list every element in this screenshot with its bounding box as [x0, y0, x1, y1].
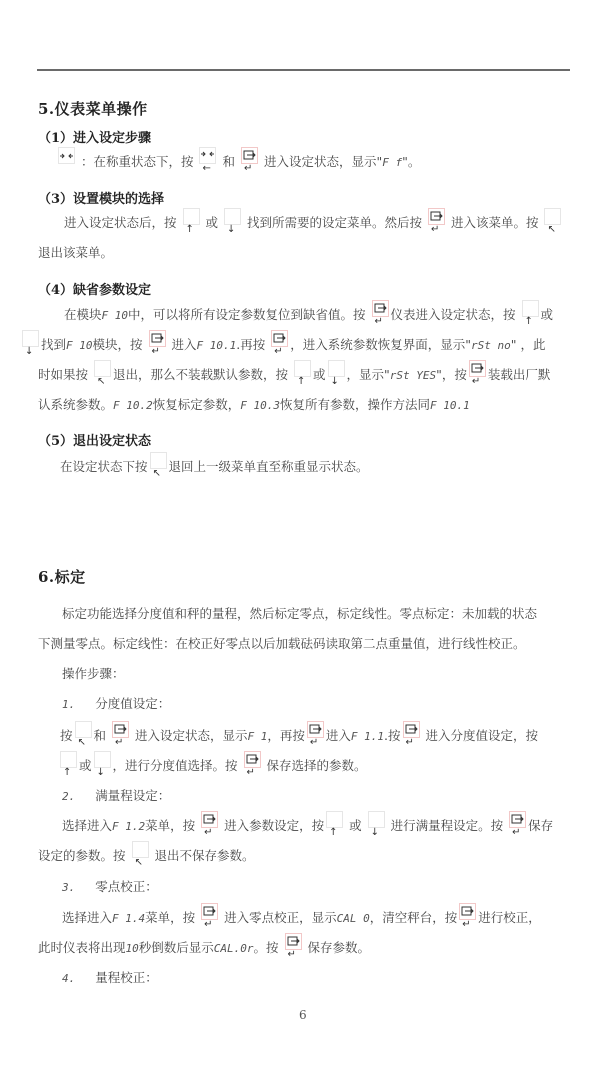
header-divider [37, 69, 570, 71]
subsection-1-title: （1）进入设定步骤 [38, 127, 151, 146]
down-key-icon: ↓ [94, 757, 111, 773]
enter-key-icon: ↵ [509, 817, 526, 833]
enter-key-icon: ↵ [241, 153, 258, 169]
subsection-4-line-4: 认系统参数。F 10.2恢复标定参数，F 10.3恢复所有参数，操作方法同F 1… [38, 395, 470, 416]
enter-key-icon: ↵ [372, 306, 389, 322]
step-4-heading: 4.量程校正： [62, 968, 158, 989]
enter-key-icon: ↵ [403, 727, 420, 743]
enter-key-icon: ↵ [428, 214, 445, 230]
enter-key-icon: ↵ [244, 757, 261, 773]
subsection-4-line-3: 时如果按 ↖退出，那么不装载默认参数，按 ↑或↓，显示"rSt YES"，按 ↵… [38, 365, 550, 386]
page-number: 6 [299, 1008, 307, 1022]
enter-key-icon: ↵ [201, 817, 218, 833]
up-key-icon: ↑ [326, 817, 343, 833]
down-key-icon: ↓ [368, 817, 385, 833]
enter-key-icon: ↵ [149, 336, 166, 352]
up-key-icon: ↑ [60, 757, 77, 773]
zero-key-icon [58, 153, 75, 169]
up-key-icon: ↑ [294, 366, 311, 382]
step-1-line-1: 按↖和 ↵ 进入设定状态，显示F 1，再按 ↵进入F 1.1.按 ↵ 进入分度值… [60, 726, 538, 747]
step-3-line-1: 选择进入F 1.4菜单，按 ↵ 进入零点校正，显示CAL 0，清空秤台，按 ↵进… [62, 908, 541, 929]
subsection-3-title: （3）设置模块的选择 [38, 188, 164, 207]
step-2-line-2: 设定的参数。按 ↖ 退出不保存参数。 [38, 846, 255, 866]
subsection-4-line-1: 在模块F 10中，可以将所有设定参数复位到缺省值。按 ↵仪表进入设定状态，按 ↑… [64, 305, 553, 326]
subsection-5-line: 在设定状态下按↖退回上一级菜单直至称重显示状态。 [60, 457, 369, 477]
zero-key-icon: ← [199, 153, 216, 169]
enter-key-icon: ↵ [112, 727, 129, 743]
step-2-line-1: 选择进入F 1.2菜单，按 ↵ 进入参数设定，按↑ 或 ↓ 进行满量程设定。按 … [62, 816, 553, 837]
up-key-icon: ↑ [183, 214, 200, 230]
back-key-icon: ↖ [75, 727, 92, 743]
enter-key-icon: ↵ [271, 336, 288, 352]
subsection-3-line-2: 退出该菜单。 [38, 243, 113, 263]
step-3-heading: 3.零点校正： [62, 877, 158, 898]
section-6-title: 6.标定 [38, 566, 86, 587]
enter-key-icon: ↵ [459, 909, 476, 925]
enter-key-icon: ↵ [201, 909, 218, 925]
subsection-4-title: （4）缺省参数设定 [38, 279, 151, 298]
section-6-paragraph-2: 下测量零点。标定线性：在校正好零点以后加载砝码读取第二点重量值，进行线性校正。 [38, 634, 526, 654]
subsection-5-title: （5）退出设定状态 [38, 430, 151, 449]
down-key-icon: ↓ [328, 366, 345, 382]
back-key-icon: ↖ [94, 366, 111, 382]
enter-key-icon: ↵ [285, 939, 302, 955]
step-1-line-2: ↑或↓，进行分度值选择。按 ↵ 保存选择的参数。 [58, 756, 367, 776]
step-3-line-2: 此时仪表将出现10秒倒数后显示CAL.0r。按 ↵ 保存参数。 [38, 938, 370, 959]
down-key-icon: ↓ [22, 336, 39, 352]
enter-key-icon: ↵ [469, 366, 486, 382]
back-key-icon: ↖ [544, 214, 561, 230]
steps-label: 操作步骤： [62, 664, 125, 684]
down-key-icon: ↓ [224, 214, 241, 230]
section-6-paragraph-1: 标定功能选择分度值和秤的量程，然后标定零点，标定线性。零点标定：未加载的状态 [62, 604, 537, 624]
step-1-heading: 1.分度值设定： [62, 694, 170, 715]
subsection-4-line-2: ↓找到F 10模块，按 ↵ 进入F 10.1.再按 ↵，进入系统参数恢复界面，显… [20, 335, 545, 356]
subsection-3-line-1: 进入设定状态后，按 ↑ 或 ↓ 找到所需要的设定菜单。然后按 ↵ 进入该菜单。按… [64, 213, 563, 233]
subsection-1-line: ：在称重状态下，按 ← 和 ↵ 进入设定状态，显示"F f"。 [56, 152, 420, 173]
section-5-title: 5.仪表菜单操作 [38, 98, 148, 119]
back-key-icon: ↖ [150, 458, 167, 474]
up-key-icon: ↑ [522, 306, 539, 322]
enter-key-icon: ↵ [307, 727, 324, 743]
back-key-icon: ↖ [132, 847, 149, 863]
step-2-heading: 2.满量程设定： [62, 786, 170, 807]
